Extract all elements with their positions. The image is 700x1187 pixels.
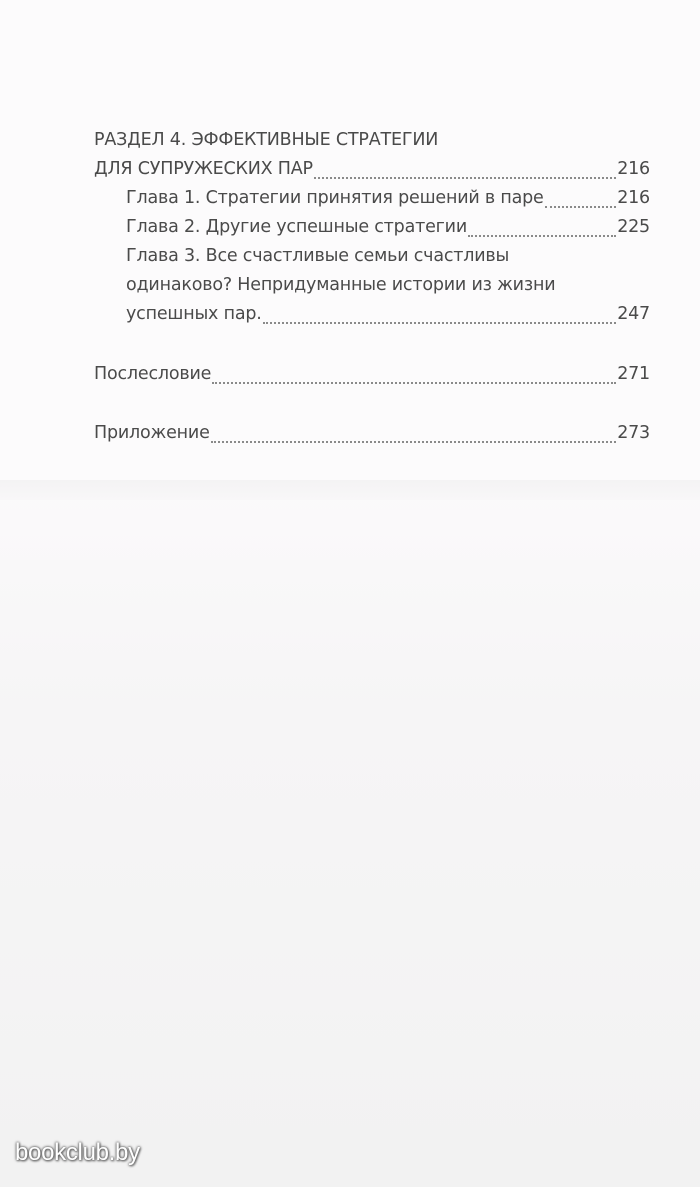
toc-section-title: РАЗДЕЛ 4. ЭФФЕКТИВНЫЕ СТРАТЕГИИ bbox=[94, 126, 438, 155]
toc-section-4-line1: РАЗДЕЛ 4. ЭФФЕКТИВНЫЕ СТРАТЕГИИ bbox=[94, 126, 650, 155]
toc-chapter-title: Глава 3. Все счастливые семьи счастливы bbox=[126, 242, 509, 271]
watermark-logo: bookclub.by bbox=[15, 1139, 140, 1167]
toc-chapter-3: успешных пар. 247 bbox=[94, 300, 650, 329]
toc-section-4: ДЛЯ СУПРУЖЕСКИХ ПАР 216 bbox=[94, 155, 650, 184]
toc-page-number: 225 bbox=[617, 213, 650, 242]
toc-page-number: 271 bbox=[617, 360, 650, 389]
toc-chapter-title: одинаково? Непридуманные истории из жизн… bbox=[126, 271, 555, 300]
table-of-contents: РАЗДЕЛ 4. ЭФФЕКТИВНЫЕ СТРАТЕГИИ ДЛЯ СУПР… bbox=[94, 126, 650, 448]
toc-section-title: ДЛЯ СУПРУЖЕСКИХ ПАР bbox=[94, 155, 313, 184]
dot-leader bbox=[468, 235, 616, 237]
toc-chapter-2: Глава 2. Другие успешные стратегии 225 bbox=[94, 213, 650, 242]
toc-chapter-title: успешных пар. bbox=[126, 300, 262, 329]
toc-appendix: Приложение 273 bbox=[94, 419, 650, 448]
dot-leader bbox=[545, 206, 617, 208]
toc-chapter-title: Глава 2. Другие успешные стратегии bbox=[126, 213, 467, 242]
toc-page-number: 216 bbox=[617, 184, 650, 213]
dot-leader bbox=[263, 322, 617, 324]
toc-chapter-3-line2: одинаково? Непридуманные истории из жизн… bbox=[94, 271, 650, 300]
toc-page-number: 216 bbox=[617, 155, 650, 184]
dot-leader bbox=[212, 382, 616, 384]
toc-chapter-3-line1: Глава 3. Все счастливые семьи счастливы bbox=[94, 242, 650, 271]
toc-chapter-1: Глава 1. Стратегии принятия решений в па… bbox=[94, 184, 650, 213]
toc-entry-title: Приложение bbox=[94, 419, 210, 448]
dot-leader bbox=[211, 441, 617, 443]
toc-afterword: Послесловие 271 bbox=[94, 360, 650, 389]
toc-page-number: 247 bbox=[617, 300, 650, 329]
toc-chapter-title: Глава 1. Стратегии принятия решений в па… bbox=[126, 184, 544, 213]
toc-page-number: 273 bbox=[617, 419, 650, 448]
toc-entry-title: Послесловие bbox=[94, 360, 211, 389]
dot-leader bbox=[314, 177, 616, 179]
page-edge bbox=[0, 480, 700, 500]
